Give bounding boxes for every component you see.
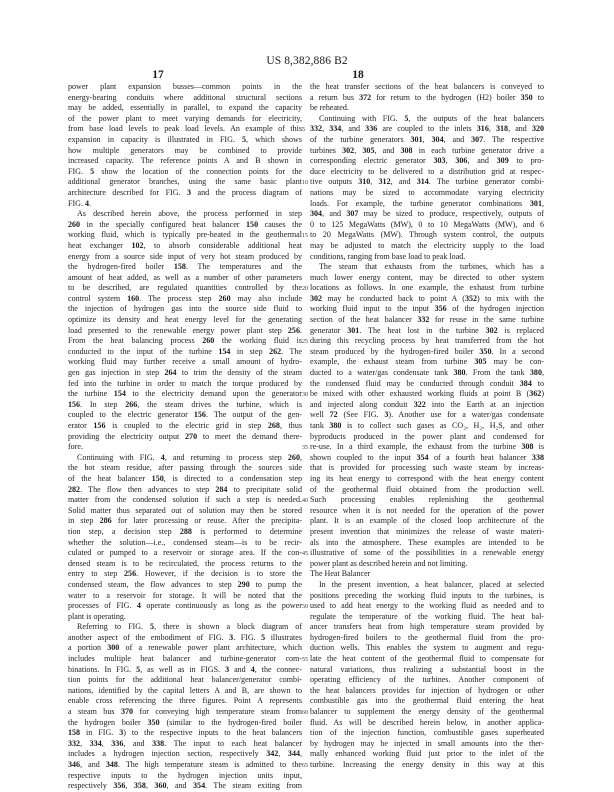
- right-line: of the geothermal fluid obtained from th…: [310, 485, 544, 496]
- left-line: from base load levels to peak load level…: [68, 124, 302, 135]
- right-line: 302 may be conducted back to point A (35…: [310, 294, 544, 305]
- left-line: the hydrogen-fired boiler 158. The tempe…: [68, 262, 302, 273]
- right-line: operating efficiency of the turbines. An…: [310, 675, 544, 686]
- right-line: much lower energy content, may be direct…: [310, 273, 544, 284]
- line-number: 65: [302, 761, 308, 772]
- left-line: As described herein above, the process p…: [68, 209, 302, 220]
- line-number: 40: [302, 496, 308, 507]
- right-line: The Heat Balancer: [310, 569, 544, 580]
- right-text-column: the heat transfer sections of the heat b…: [310, 82, 544, 771]
- right-line: plant. It is an example of the closed lo…: [310, 516, 544, 527]
- left-line: processes of FIG. 4 operate continuously…: [68, 601, 302, 612]
- right-line: natural variations, thus realizing a sub…: [310, 665, 544, 676]
- left-line: Continuing with FIG. 4, and returning to…: [68, 453, 302, 464]
- left-line: includes a hydrogen injection section, r…: [68, 749, 302, 760]
- right-line: of the turbine generators 301, 304, and …: [310, 135, 544, 146]
- right-line: loads. For example, the turbine generato…: [310, 199, 544, 210]
- left-line: of the heat balancer 150, is directed to…: [68, 474, 302, 485]
- right-line: shown coupled to the input 354 of a four…: [310, 453, 544, 464]
- line-number: 5: [302, 125, 305, 136]
- right-line: hydrogen-fired boilers to the geothermal…: [310, 633, 544, 644]
- right-line: that is provided for processing such was…: [310, 463, 544, 474]
- right-line: Such processing enables replenishing the…: [310, 495, 544, 506]
- left-line: coupled to the electric generator 156. T…: [68, 410, 302, 421]
- left-line: working fluid may further receive a smal…: [68, 357, 302, 368]
- right-line: byproducts produced in the power plant a…: [310, 432, 544, 443]
- right-line: tion of the injection function, combusti…: [310, 728, 544, 739]
- left-line: in step 286 for later processing or reus…: [68, 516, 302, 527]
- right-line: power plant as described herein and not …: [310, 559, 544, 570]
- right-line: turbine. Increasing the energy density i…: [310, 760, 544, 771]
- right-line: during this recycling process by heat tr…: [310, 336, 544, 347]
- right-line: ducted to a water/gas condensate tank 38…: [310, 368, 544, 379]
- left-line: includes multiple heat balancer and turb…: [68, 654, 302, 665]
- line-number: 15: [302, 231, 308, 242]
- left-line: respectively 356, 358, 360, and 354. The…: [68, 781, 302, 792]
- right-line: and injected along conduit 322 into the …: [310, 400, 544, 411]
- right-line: to 20 MegaWatts (MW). Through system con…: [310, 230, 544, 241]
- right-line: duce electricity to be delivered to a di…: [310, 167, 544, 178]
- left-line: condensed steam, the flow advances to st…: [68, 580, 302, 591]
- left-line: power plant expansion busses—common poin…: [68, 82, 302, 93]
- left-line: nations, identified by the capital lette…: [68, 686, 302, 697]
- patent-number: US 8,382,886 B2: [0, 55, 614, 67]
- left-line: binations. In FIG. 5, as well as in FIGS…: [68, 665, 302, 676]
- left-line: FIG. 4.: [68, 199, 302, 210]
- right-line: 332, 334, and 336 are coupled to the inl…: [310, 124, 544, 135]
- line-number: 60: [302, 708, 308, 719]
- right-line: re-use. In a third example, the exhaust …: [310, 442, 544, 453]
- column-number-left: 17: [138, 69, 178, 81]
- right-line: be mixed with other exhausted working fl…: [310, 389, 544, 400]
- right-line: resource when it is not needed for the o…: [310, 506, 544, 517]
- left-line: Solid matter thus separated out of solut…: [68, 506, 302, 517]
- left-line: enable cross referencing the three figur…: [68, 696, 302, 707]
- left-line: the injection of hydrogen gas into the s…: [68, 304, 302, 315]
- left-line: load presented to the renewable energy p…: [68, 326, 302, 337]
- left-text-column: power plant expansion busses—common poin…: [68, 82, 302, 792]
- right-line: fluid. As will be described herein below…: [310, 718, 544, 729]
- left-line: of the power plant to meet varying deman…: [68, 114, 302, 125]
- right-line: tive outputs 310, 312, and 314. The turb…: [310, 177, 544, 188]
- left-line: 282. The flow then advances to step 284 …: [68, 485, 302, 496]
- right-line: conditions, ranging from base load to pe…: [310, 252, 544, 263]
- left-line: conducted to the input of the turbine 15…: [68, 347, 302, 358]
- left-line: 332, 334, 336, and 338. The input to eac…: [68, 739, 302, 750]
- right-line: mally enhanced working fluid just prior …: [310, 749, 544, 760]
- right-line: turbines 302, 305, and 308 in each turbi…: [310, 146, 544, 157]
- left-line: 346, and 348. The high temperature steam…: [68, 760, 302, 771]
- line-number: 30: [302, 390, 308, 401]
- left-line: energy-bearing conduits where additional…: [68, 93, 302, 104]
- right-line: generator 301. The heat lost in the turb…: [310, 326, 544, 337]
- left-line: plant is operating.: [68, 612, 302, 623]
- left-line: providing the electricity output 270 to …: [68, 432, 302, 443]
- left-line: tion points for the additional heat bala…: [68, 675, 302, 686]
- left-line: fed into the turbine in order to match t…: [68, 379, 302, 390]
- line-number: 35: [302, 443, 308, 454]
- right-line: ing its heat energy to correspond with t…: [310, 474, 544, 485]
- line-number: 25: [302, 337, 308, 348]
- right-line: by hydrogen may be injected in small amo…: [310, 739, 544, 750]
- left-line: how multiple generators may be combined …: [68, 146, 302, 157]
- right-line: the condensed fluid may be conducted thr…: [310, 379, 544, 390]
- line-number: 55: [302, 655, 308, 666]
- left-line: control system 160. The process step 260…: [68, 294, 302, 305]
- right-line: the heat transfer sections of the heat b…: [310, 82, 544, 93]
- right-line: als into the atmosphere. These examples …: [310, 538, 544, 549]
- right-line: well 72 (See FIG. 3). Another use for a …: [310, 410, 544, 421]
- left-line: the turbine 154 to the electricity deman…: [68, 389, 302, 400]
- line-number: 20: [302, 284, 308, 295]
- right-line: In the present invention, a heat balance…: [310, 580, 544, 591]
- line-number: 45: [302, 549, 308, 560]
- right-line: The steam that exhausts from the turbine…: [310, 262, 544, 273]
- left-line: whether the solution—i.e., condensed ste…: [68, 538, 302, 549]
- left-line: 156. In step 266, the steam drives the t…: [68, 400, 302, 411]
- left-line: heat exchanger 102, to absorb considerab…: [68, 241, 302, 252]
- left-line: working fluid, which is typically pre-he…: [68, 230, 302, 241]
- left-line: tion step, a decision step 288 is perfor…: [68, 527, 302, 538]
- left-line: water to a reservoir for storage. It wil…: [68, 591, 302, 602]
- right-line: section of the heat balancer 332 for reu…: [310, 315, 544, 326]
- left-line: may be added, essentially in parallel, t…: [68, 103, 302, 114]
- line-number: 10: [302, 178, 308, 189]
- right-line: the heat balancers provides for injectio…: [310, 686, 544, 697]
- left-line: gen gas injection in step 264 to trim th…: [68, 368, 302, 379]
- left-line: expansion in capacity is illustrated in …: [68, 135, 302, 146]
- right-line: a return bus 372 for return to the hydro…: [310, 93, 544, 104]
- right-line: Continuing with FIG. 5, the outputs of t…: [310, 114, 544, 125]
- left-line: to be described, are regulated quantitie…: [68, 283, 302, 294]
- left-line: densed steam is to be recirculated, the …: [68, 559, 302, 570]
- left-line: Referring to FIG. 5, there is shown a bl…: [68, 622, 302, 633]
- left-line: From the heat balancing process 260 the …: [68, 336, 302, 347]
- right-line: positions preceding the working fluid in…: [310, 591, 544, 602]
- left-line: the hydrogen boiler 350 (similar to the …: [68, 718, 302, 729]
- right-line: steam produced by the hydrogen-fired boi…: [310, 347, 544, 358]
- left-line: respective inputs to the hydrogen inject…: [68, 771, 302, 782]
- right-line: used to add heat energy to the working f…: [310, 601, 544, 612]
- right-line: corresponding electric generator 303, 30…: [310, 156, 544, 167]
- right-line: 0 to 125 MegaWatts (MW), 0 to 10 MegaWat…: [310, 220, 544, 231]
- right-line: regulate the temperature of the working …: [310, 612, 544, 623]
- right-line: present invention that minimizes the rel…: [310, 527, 544, 538]
- left-line: 260 in the specially configured heat bal…: [68, 220, 302, 231]
- left-line: another aspect of the embodiment of FIG.…: [68, 633, 302, 644]
- right-line: may be adjusted to match the electricity…: [310, 241, 544, 252]
- right-line: balancer to supplement the energy densit…: [310, 707, 544, 718]
- left-line: a portion 300 of a renewable power plant…: [68, 643, 302, 654]
- left-line: culated or pumped to a reservoir or stor…: [68, 548, 302, 559]
- line-number: 50: [302, 602, 308, 613]
- left-line: amount of heat added, as well as a numbe…: [68, 273, 302, 284]
- right-line: nations may be sized to accommodate vary…: [310, 188, 544, 199]
- left-line: matter from the condensed solution if su…: [68, 495, 302, 506]
- right-line: duction wells. This enables the system t…: [310, 643, 544, 654]
- left-line: FIG. 5 show the location of the connecti…: [68, 167, 302, 178]
- left-line: the hot steam residue, after passing thr…: [68, 463, 302, 474]
- right-line: ancer transfers heat from high temperatu…: [310, 622, 544, 633]
- left-line: optimize its density and heat energy lev…: [68, 315, 302, 326]
- left-line: increased capacity. The reference points…: [68, 156, 302, 167]
- right-line: 304, and 307 may be sized to produce, re…: [310, 209, 544, 220]
- right-line: combustible gas into the geothermal flui…: [310, 696, 544, 707]
- right-line: illustrative of some of the possibilitie…: [310, 548, 544, 559]
- left-line: energy from a source side input of very …: [68, 252, 302, 263]
- left-line: erator 156 is coupled to the electric gr…: [68, 421, 302, 432]
- right-line: working fluid input to the input 356 of …: [310, 304, 544, 315]
- column-number-right: 18: [338, 69, 378, 81]
- right-line: late the heat content of the geothermal …: [310, 654, 544, 665]
- left-line: additional generator branches, using the…: [68, 177, 302, 188]
- right-line: locations as follows. In one example, th…: [310, 283, 544, 294]
- right-line: tank 380 is to collect such gases as CO₂…: [310, 421, 544, 432]
- left-line: fore.: [68, 442, 302, 453]
- right-line: example, the exhaust steam from turbine …: [310, 357, 544, 368]
- left-line: entry to step 256. However, if the decis…: [68, 569, 302, 580]
- right-line: be reheated.: [310, 103, 544, 114]
- left-line: architecture described for FIG. 3 and th…: [68, 188, 302, 199]
- left-line: 158 in FIG. 3) to the respective inputs …: [68, 728, 302, 739]
- left-line: a steam bus 370 for conveying high tempe…: [68, 707, 302, 718]
